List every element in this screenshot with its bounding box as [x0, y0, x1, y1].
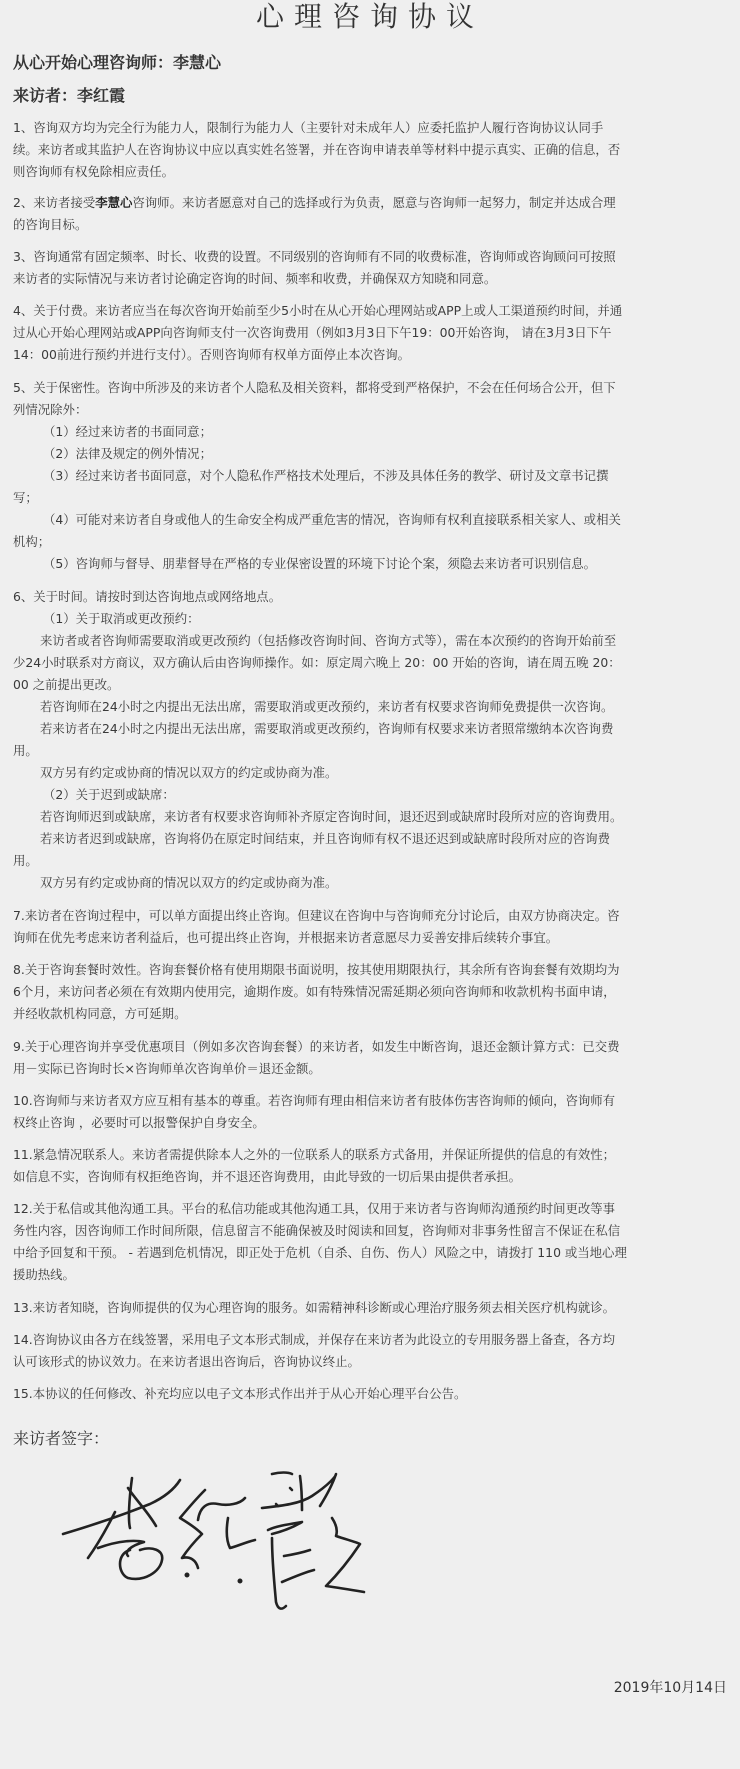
clause-line: 权终止咨询 ，必要时可以报警保护自身安全。 — [13, 1112, 727, 1134]
list-item: （3）经过来访者书面同意，对个人隐私作严格技术处理后，不涉及具体任务的教学、研讨… — [13, 465, 727, 487]
clause-1: 1、咨询双方均为完全行为能力人，限制行为能力人（主要针对未成年人）应委托监护人履… — [13, 117, 727, 183]
clause-line: 11.紧急情况联系人。来访者需提供除本人之外的一位联系人的联系方式备用，并保证所… — [13, 1144, 727, 1166]
clause-10: 10.咨询师与来访者双方应互相有基本的尊重。若咨询师有理由相信来访者有肢体伤害咨… — [13, 1090, 727, 1134]
clause-12: 12.关于私信或其他沟通工具。平台的私信功能或其他沟通工具，仅用于来访者与咨询师… — [13, 1198, 727, 1286]
clause-line: 用。 — [13, 850, 727, 872]
clause-text: 咨询师。来访者愿意对自己的选择或行为负责，愿意与咨询师一起努力，制定并达成合理 — [132, 195, 615, 210]
subsection-title: （2）关于迟到或缺席： — [13, 784, 727, 806]
clause-line: 续。来访者或其监护人在咨询协议中应以真实姓名签署，并在咨询申请表单等材料中提示真… — [13, 139, 727, 161]
signature-label: 来访者签字： — [13, 1427, 109, 1451]
clause-line: 若来访者迟到或缺席，咨询将仍在原定时间结束，并且咨询师有权不退还迟到或缺席时段所… — [13, 828, 727, 850]
clause-14: 14.咨询协议由各方在线签署，采用电子文本形式制成，并保存在来访者为此设立的专用… — [13, 1329, 727, 1373]
clause-2: 2、来访者接受李慧心咨询师。来访者愿意对自己的选择或行为负责，愿意与咨询师一起努… — [13, 192, 727, 236]
clause-line: 列情况除外： — [13, 399, 727, 421]
clause-line: 过从心开始心理网站或APP向咨询师支付一次咨询费用（例如3月3日下午19：00开… — [13, 322, 727, 344]
counselor-name-inline: 李慧心 — [95, 195, 132, 210]
clause-line: 若咨询师在24小时之内提出无法出席，需要取消或更改预约，来访者有权要求咨询师免费… — [13, 696, 727, 718]
clause-line: 13.来访者知晓，咨询师提供的仅为心理咨询的服务。如需精神科诊断或心理治疗服务须… — [13, 1297, 727, 1319]
clause-line: 3、咨询通常有固定频率、时长、收费的设置。不同级别的咨询师有不同的收费标准，咨询… — [13, 246, 727, 268]
clause-line: 6个月，来访问者必须在有效期内使用完，逾期作废。如有特殊情况需延期必须向咨询师和… — [13, 981, 727, 1003]
clause-line: 7.来访者在咨询过程中，可以单方面提出终止咨询。但建议在咨询中与咨询师充分讨论后… — [13, 905, 727, 927]
clause-line: 5、关于保密性。咨询中所涉及的来访者个人隐私及相关资料，都将受到严格保护，不会在… — [13, 377, 727, 399]
clause-line: 00 之前提出更改。 — [13, 674, 727, 696]
counselor-line: 从心开始心理咨询师：李慧心 — [13, 52, 221, 74]
clause-line: 14.咨询协议由各方在线签署，采用电子文本形式制成，并保存在来访者为此设立的专用… — [13, 1329, 727, 1351]
counselor-label: 从心开始心理咨询师： — [13, 53, 173, 72]
clause-line: 15.本协议的任何修改、补充均应以电子文本形式作出并于从心开始心理平台公告。 — [13, 1383, 727, 1405]
list-item-continuation: 机构； — [13, 531, 727, 553]
clause-line: 9.关于心理咨询并享受优惠项目（例如多次咨询套餐）的来访者，如发生中断咨询，退还… — [13, 1036, 727, 1058]
clause-line: 并经收款机构同意，方可延期。 — [13, 1003, 727, 1025]
counselor-name: 李慧心 — [173, 53, 221, 72]
clause-line: 少24小时联系对方商议，双方确认后由咨询师操作。如：原定周六晚上 20：00 开… — [13, 652, 727, 674]
list-item: （4）可能对来访者自身或他人的生命安全构成严重危害的情况，咨询师有权利直接联系相… — [13, 509, 727, 531]
clause-line: 2、来访者接受李慧心咨询师。来访者愿意对自己的选择或行为负责，愿意与咨询师一起努… — [13, 192, 727, 214]
clause-11: 11.紧急情况联系人。来访者需提供除本人之外的一位联系人的联系方式备用，并保证所… — [13, 1144, 727, 1188]
clause-line: 则咨询师有权免除相应责任。 — [13, 161, 727, 183]
clause-4: 4、关于付费。来访者应当在每次咨询开始前至少5小时在从心开始心理网站或APP上或… — [13, 300, 727, 366]
clause-line: 6、关于时间。请按时到达咨询地点或网络地点。 — [13, 586, 727, 608]
client-label: 来访者： — [13, 86, 77, 105]
clause-9: 9.关于心理咨询并享受优惠项目（例如多次咨询套餐）的来访者，如发生中断咨询，退还… — [13, 1036, 727, 1080]
clause-line: 4、关于付费。来访者应当在每次咨询开始前至少5小时在从心开始心理网站或APP上或… — [13, 300, 727, 322]
list-item: （1）经过来访者的书面同意； — [13, 421, 727, 443]
clause-line: 双方另有约定或协商的情况以双方的约定或协商为准。 — [13, 762, 727, 784]
clause-line: 的咨询目标。 — [13, 214, 727, 236]
clause-line: 用－实际已咨询时长×咨询师单次咨询单价＝退还金额。 — [13, 1058, 727, 1080]
list-item-continuation: 写； — [13, 487, 727, 509]
clause-5: 5、关于保密性。咨询中所涉及的来访者个人隐私及相关资料，都将受到严格保护，不会在… — [13, 377, 727, 575]
clause-line: 1、咨询双方均为完全行为能力人，限制行为能力人（主要针对未成年人）应委托监护人履… — [13, 117, 727, 139]
clause-line: 若来访者在24小时之内提出无法出席，需要取消或更改预约，咨询师有权要求来访者照常… — [13, 718, 727, 740]
clause-line: 若咨询师迟到或缺席，来访者有权要求咨询师补齐原定咨询时间，退还迟到或缺席时段所对… — [13, 806, 727, 828]
clause-6: 6、关于时间。请按时到达咨询地点或网络地点。 （1）关于取消或更改预约： 来访者… — [13, 586, 727, 894]
clause-line: 用。 — [13, 740, 727, 762]
clause-line: 务性内容，因咨询师工作时间所限，信息留言不能确保被及时阅读和回复，咨询师对非事务… — [13, 1220, 727, 1242]
list-item: （2）法律及规定的例外情况； — [13, 443, 727, 465]
clause-line: 来访者的实际情况与来访者讨论确定咨询的时间、频率和收费，并确保双方知晓和同意。 — [13, 268, 727, 290]
client-line: 来访者：李红霞 — [13, 85, 125, 107]
list-item: （5）咨询师与督导、朋辈督导在严格的专业保密设置的环境下讨论个案，须隐去来访者可… — [13, 553, 727, 575]
clause-line: 来访者或者咨询师需要取消或更改预约（包括修改咨询时间、咨询方式等），需在本次预约… — [13, 630, 727, 652]
subsection-title: （1）关于取消或更改预约： — [13, 608, 727, 630]
clause-line: 如信息不实，咨询师有权拒绝咨询，并不退还咨询费用，由此导致的一切后果由提供者承担… — [13, 1166, 727, 1188]
clause-line: 8.关于咨询套餐时效性。咨询套餐价格有使用期限书面说明，按其使用期限执行，其余所… — [13, 959, 727, 981]
client-name: 李红霞 — [77, 86, 125, 105]
clause-3: 3、咨询通常有固定频率、时长、收费的设置。不同级别的咨询师有不同的收费标准，咨询… — [13, 246, 727, 290]
clause-8: 8.关于咨询套餐时效性。咨询套餐价格有使用期限书面说明，按其使用期限执行，其余所… — [13, 959, 727, 1025]
clause-7: 7.来访者在咨询过程中，可以单方面提出终止咨询。但建议在咨询中与咨询师充分讨论后… — [13, 905, 727, 949]
clause-line: 10.咨询师与来访者双方应互相有基本的尊重。若咨询师有理由相信来访者有肢体伤害咨… — [13, 1090, 727, 1112]
page-title: 心理咨询协议 — [0, 0, 740, 34]
clause-line: 认可该形式的协议效力。在来访者退出咨询后，咨询协议终止。 — [13, 1351, 727, 1373]
clause-text: 2、来访者接受 — [13, 195, 95, 210]
clause-line: 中给予回复和干预。 - 若遇到危机情况，即正处于危机（自杀、自伤、伤人）风险之中… — [13, 1242, 727, 1264]
handwritten-signature — [40, 1460, 380, 1640]
clause-13: 13.来访者知晓，咨询师提供的仅为心理咨询的服务。如需精神科诊断或心理治疗服务须… — [13, 1297, 727, 1319]
clause-line: 双方另有约定或协商的情况以双方的约定或协商为准。 — [13, 872, 727, 894]
signing-date: 2019年10月14日 — [614, 1678, 727, 1698]
clause-15: 15.本协议的任何修改、补充均应以电子文本形式作出并于从心开始心理平台公告。 — [13, 1383, 727, 1405]
clause-line: 12.关于私信或其他沟通工具。平台的私信功能或其他沟通工具，仅用于来访者与咨询师… — [13, 1198, 727, 1220]
clause-line: 援助热线。 — [13, 1264, 727, 1286]
clause-line: 询师在优先考虑来访者利益后，也可提出终止咨询，并根据来访者意愿尽力妥善安排后续转… — [13, 927, 727, 949]
clause-line: 14：00前进行预约并进行支付）。否则咨询师有权单方面停止本次咨询。 — [13, 344, 727, 366]
